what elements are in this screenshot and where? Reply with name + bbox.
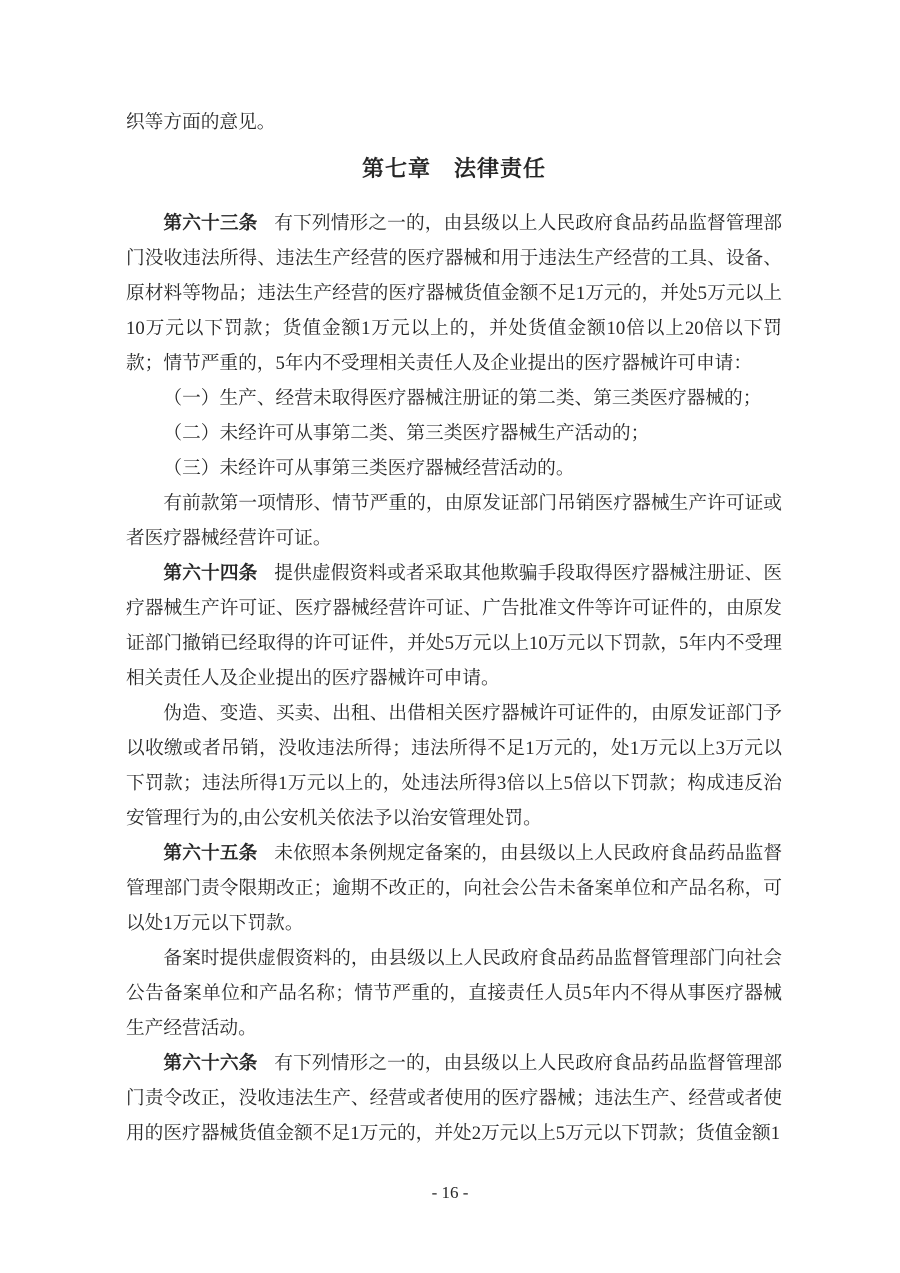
article-paragraph: 第六十五条未依照本条例规定备案的，由县级以上人民政府食品药品监督管理部门责令限期… — [126, 836, 782, 941]
paragraph-text: （二）未经许可从事第二类、第三类医疗器械生产活动的； — [163, 423, 649, 444]
document-content: 织等方面的意见。 第七章 法律责任 第六十三条有下列情形之一的，由县级以上人民政… — [126, 105, 782, 1151]
body-paragraph: 有前款第一项情形、情节严重的，由原发证部门吊销医疗器械生产许可证或者医疗器械经营… — [126, 486, 782, 556]
paragraph-text: （三）未经许可从事第三类医疗器械经营活动的。 — [163, 458, 574, 479]
list-item-paragraph: （三）未经许可从事第三类医疗器械经营活动的。 — [126, 451, 782, 486]
article-number: 第六十三条 — [163, 213, 257, 234]
continuation-paragraph: 织等方面的意见。 — [126, 105, 782, 140]
paragraph-text: （一）生产、经营未取得医疗器械注册证的第二类、第三类医疗器械的； — [163, 388, 761, 409]
body-paragraph: 伪造、变造、买卖、出租、出借相关医疗器械许可证件的，由原发证部门予以收缴或者吊销… — [126, 696, 782, 836]
paragraph-text: 备案时提供虚假资料的，由县级以上人民政府食品药品监督管理部门向社会公告备案单位和… — [126, 948, 782, 1039]
article-number: 第六十五条 — [163, 843, 257, 864]
article-paragraphs: 第六十三条有下列情形之一的，由县级以上人民政府食品药品监督管理部门没收违法所得、… — [126, 206, 782, 1151]
article-number: 第六十六条 — [163, 1053, 257, 1074]
article-paragraph: 第六十四条提供虚假资料或者采取其他欺骗手段取得医疗器械注册证、医疗器械生产许可证… — [126, 556, 782, 696]
chapter-heading: 第七章 法律责任 — [126, 154, 782, 184]
paragraph-text: 有前款第一项情形、情节严重的，由原发证部门吊销医疗器械生产许可证或者医疗器械经营… — [126, 493, 782, 549]
article-number: 第六十四条 — [163, 563, 257, 584]
paragraph-text: 伪造、变造、买卖、出租、出借相关医疗器械许可证件的，由原发证部门予以收缴或者吊销… — [126, 703, 782, 829]
list-item-paragraph: （一）生产、经营未取得医疗器械注册证的第二类、第三类医疗器械的； — [126, 381, 782, 416]
list-item-paragraph: （二）未经许可从事第二类、第三类医疗器械生产活动的； — [126, 416, 782, 451]
article-paragraph: 第六十六条有下列情形之一的，由县级以上人民政府食品药品监督管理部门责令改正，没收… — [126, 1046, 782, 1151]
body-paragraph: 备案时提供虚假资料的，由县级以上人民政府食品药品监督管理部门向社会公告备案单位和… — [126, 941, 782, 1046]
paragraph-text: 有下列情形之一的，由县级以上人民政府食品药品监督管理部门没收违法所得、违法生产经… — [126, 213, 782, 374]
document-page: 织等方面的意见。 第七章 法律责任 第六十三条有下列情形之一的，由县级以上人民政… — [0, 0, 900, 1273]
page-number: - 16 - — [0, 1182, 900, 1204]
article-paragraph: 第六十三条有下列情形之一的，由县级以上人民政府食品药品监督管理部门没收违法所得、… — [126, 206, 782, 381]
